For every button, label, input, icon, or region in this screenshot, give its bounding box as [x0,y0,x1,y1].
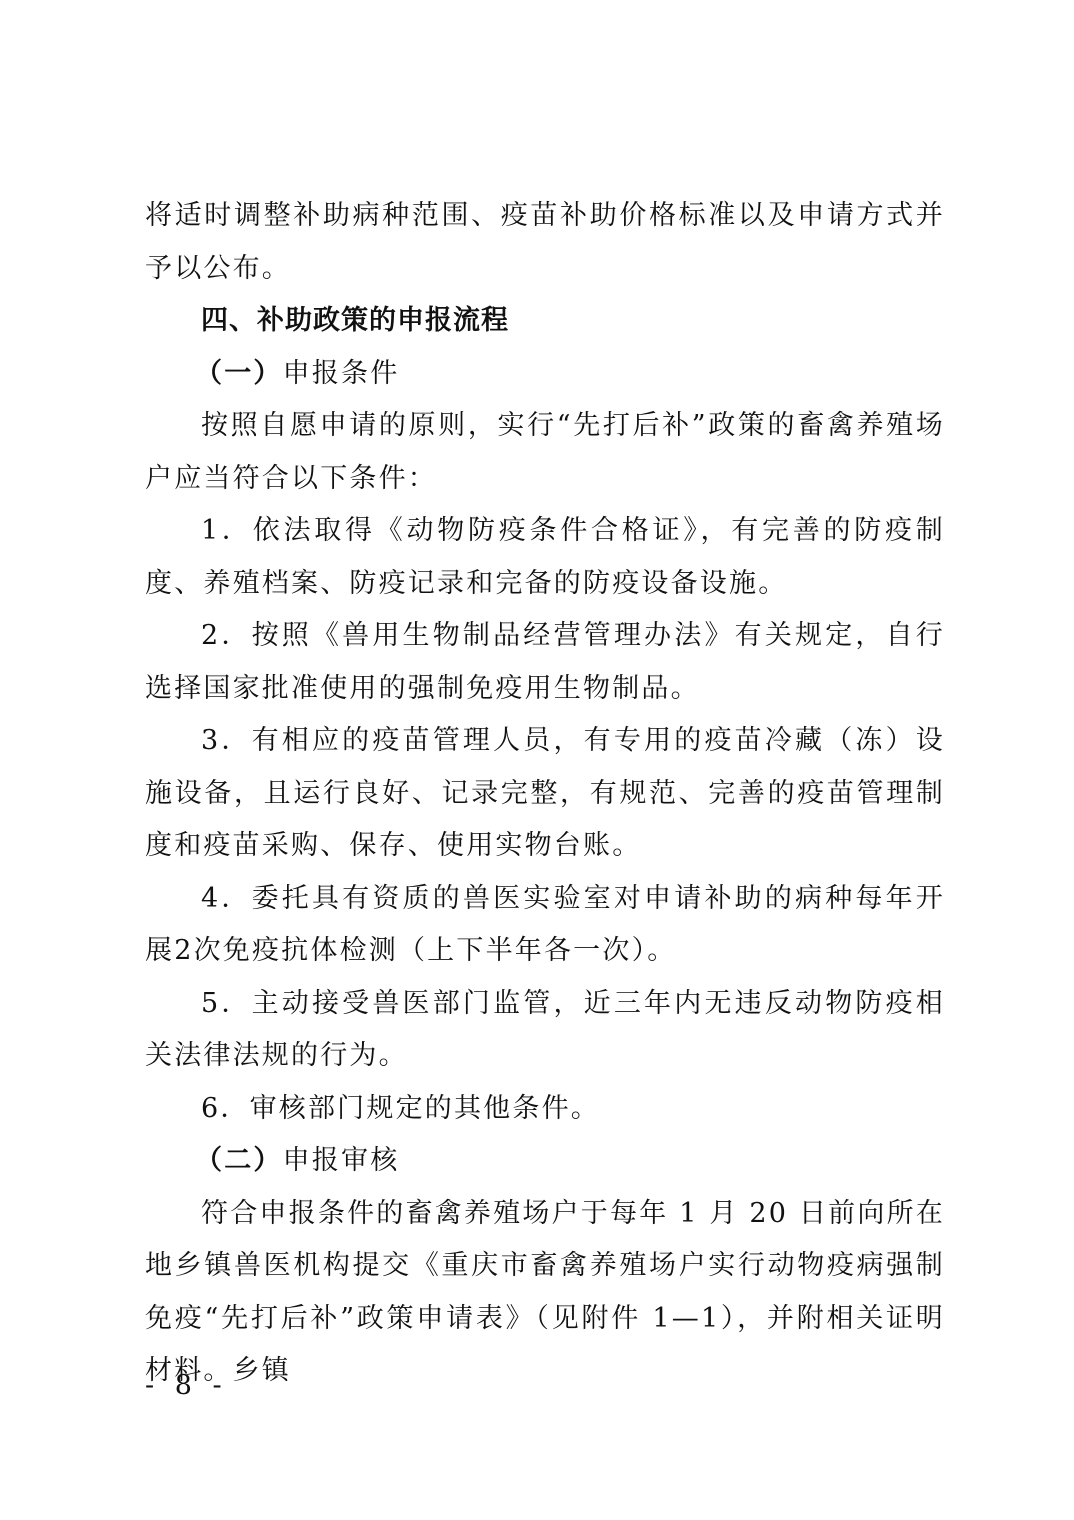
document-page: 将适时调整补助病种范围、疫苗补助价格标准以及申请方式并予以公布。 四、补助政策的… [0,0,1074,1520]
document-body: 将适时调整补助病种范围、疫苗补助价格标准以及申请方式并予以公布。 四、补助政策的… [145,190,945,1398]
section-heading: 四、补助政策的申报流程 [145,295,945,348]
subsection-heading: （二）申报审核 [145,1135,945,1188]
paragraph: 按照自愿申请的原则，实行“先打后补”政策的畜禽养殖场户应当符合以下条件： [145,400,945,505]
subsection-number: （一） [195,358,283,389]
subsection-number: （二） [195,1145,283,1176]
subsection-title: 申报审核 [283,1145,400,1176]
list-item: 4．委托具有资质的兽医实验室对申请补助的病种每年开展2次免疫抗体检测（上下半年各… [145,873,945,978]
page-number: - 8 - [145,1370,228,1401]
paragraph-continued: 将适时调整补助病种范围、疫苗补助价格标准以及申请方式并予以公布。 [145,190,945,295]
list-item: 1．依法取得《动物防疫条件合格证》，有完善的防疫制度、养殖档案、防疫记录和完备的… [145,505,945,610]
list-item: 2．按照《兽用生物制品经营管理办法》有关规定，自行选择国家批准使用的强制免疫用生… [145,610,945,715]
list-item: 5．主动接受兽医部门监管，近三年内无违反动物防疫相关法律法规的行为。 [145,978,945,1083]
subsection-heading: （一）申报条件 [145,348,945,401]
subsection-title: 申报条件 [283,358,400,389]
paragraph: 符合申报条件的畜禽养殖场户于每年 1 月 20 日前向所在地乡镇兽医机构提交《重… [145,1188,945,1398]
list-item: 3．有相应的疫苗管理人员，有专用的疫苗冷藏（冻）设施设备，且运行良好、记录完整，… [145,715,945,873]
list-item: 6．审核部门规定的其他条件。 [145,1083,945,1136]
